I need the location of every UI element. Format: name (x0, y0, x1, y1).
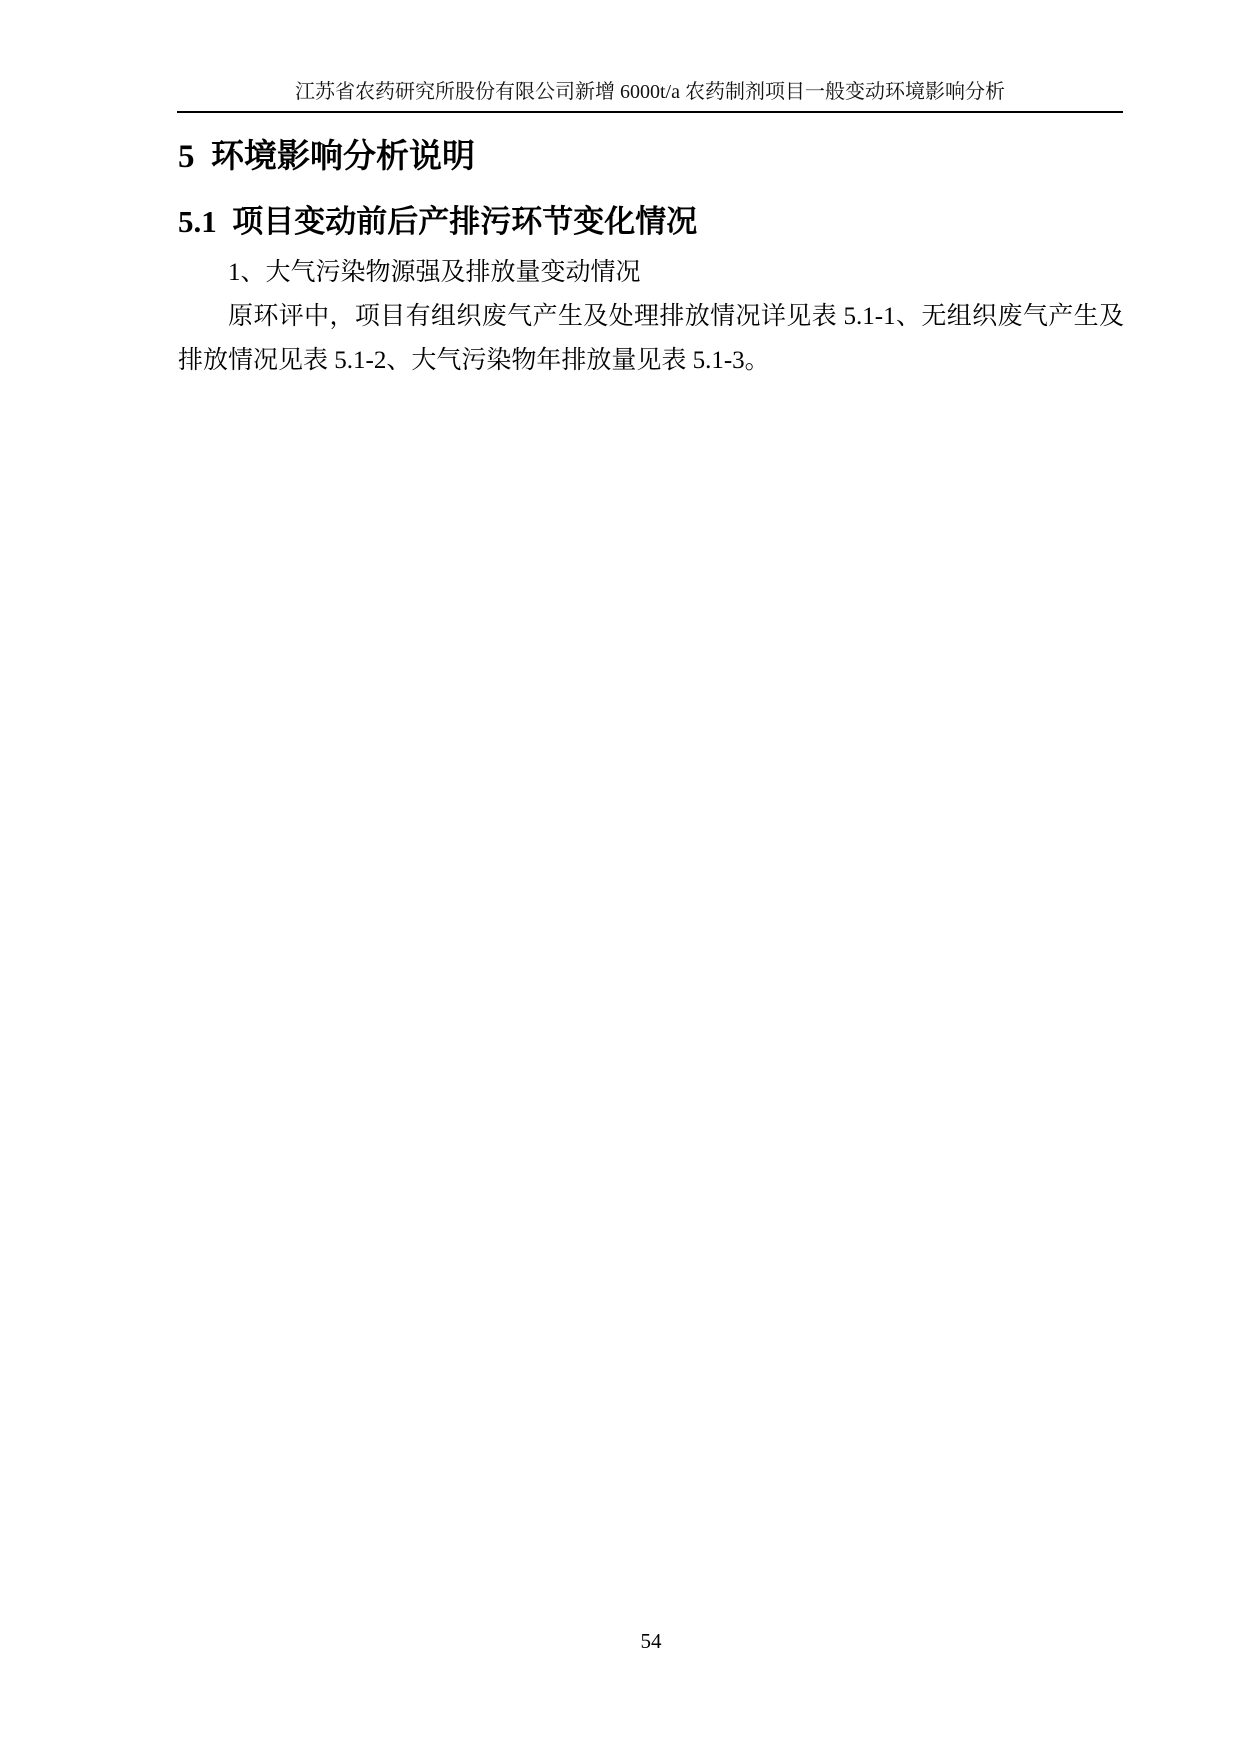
subsection-heading: 5.1 项目变动前后产排污环节变化情况 (178, 203, 1124, 241)
page-content: 5 环境影响分析说明 5.1 项目变动前后产排污环节变化情况 1、大气污染物源强… (178, 113, 1124, 383)
paragraph-body: 原环评中，项目有组织废气产生及处理排放情况详见表 5.1-1、无组织废气产生及排… (178, 295, 1124, 383)
document-page: 江苏省农药研究所股份有限公司新增 6000t/a 农药制剂项目一般变动环境影响分… (0, 0, 1241, 1755)
page-number: 54 (178, 1628, 1124, 1654)
running-header: 江苏省农药研究所股份有限公司新增 6000t/a 农药制剂项目一般变动环境影响分… (177, 0, 1123, 113)
paragraph-list-item: 1、大气污染物源强及排放量变动情况 (178, 251, 1124, 295)
section-heading: 5 环境影响分析说明 (178, 137, 1124, 177)
